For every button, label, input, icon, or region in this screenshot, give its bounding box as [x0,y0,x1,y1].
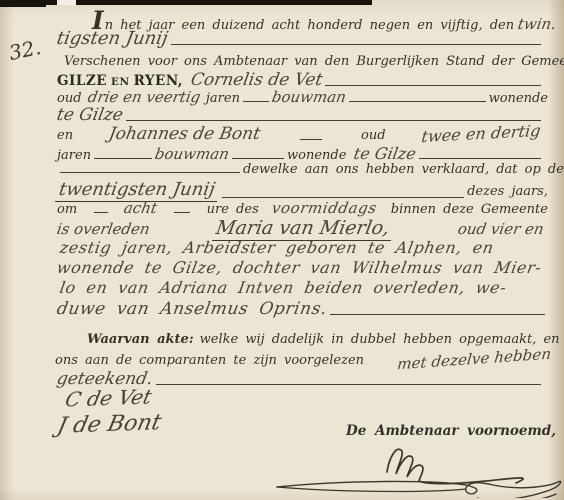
line-declarant1-residence: te Gilze [57,105,544,125]
line-deceased-details2: wonende te Gilze, dochter van Wilhelmus … [57,258,548,277]
line-death-time: om acht ure des voormiddags binnen deze … [57,199,548,217]
municipality-name-1: GILZE [57,73,107,89]
declarant2-occupation: bouwman [153,145,230,163]
book-top-edge [0,0,372,5]
line-closing2: ons aan de comparanten te zijn voorgelez… [55,350,550,368]
line-date-continued: tigsten Junij [57,28,544,49]
deceased-age-occupation-birthplace: zestig jaren, Arbeidster geboren te Alph… [58,238,495,257]
line-declarant2-details: jaren bouwman wonende te Gilze [57,144,544,163]
printed-waarvan-akte: Waarvan akte: [87,332,194,347]
printed-declaration-text: dewelke aan ons hebben verklaard, dat op… [243,162,564,177]
line-municipality-declarant: GILZE EN RYEN, Cornelis de Vet [57,70,544,90]
signature-declarant1: C de Vet [63,385,154,412]
declarant2-name: Johannes de Bont [108,124,263,144]
municipality-name-2: EN [111,76,130,88]
short-rule [94,158,152,159]
line-declarant1-details: oud drie en veertig jaren bouwman wonend… [57,88,548,106]
official-signature-monogram [387,449,523,483]
death-hour: acht [123,199,159,217]
blank-rule [330,314,545,315]
deceased-mother: lo en van Adriana Intven beiden overlede… [58,278,508,297]
printed-ure-des: ure des [207,202,259,217]
line-closing1: Waarvan akte: welke wij dadelijk in dubb… [87,332,548,347]
line-declarant2: en Johannes de Bont oud twee en dertig [57,124,540,144]
declarant2-age: twee en dertig [420,121,541,146]
book-top-edge-notch [57,0,76,5]
line-deceased-details3: lo en van Adriana Intven beiden overlede… [60,278,548,297]
printed-dezes-jaars: dezes jaars, [467,184,548,199]
declarant1-age: drie en veertig [86,88,202,106]
death-daypart: voormiddags [271,199,379,217]
declarant1-name: Cornelis de Vet [189,70,324,90]
handwritten-is-overleden: is overleden [55,220,151,238]
printed-appeared-text: Verschenen voor ons Ambtenaar van den Bu… [64,54,564,69]
deceased-widow-of: duwe van Anselmus Oprins. [55,299,329,319]
line-deceased-details4: duwe van Anselmus Oprins. [57,299,548,319]
blank-rule [419,158,541,159]
blank-rule [222,197,465,198]
printed-jaren: jaren [206,91,240,106]
line-declaration: dewelke aan ons hebben verklaard, dat op… [57,162,548,177]
declarant1-residence: te Gilze [55,105,124,125]
leading-rule [60,172,240,173]
book-top-edge-left [0,0,46,7]
short-rule [300,139,322,140]
printed-jaren: jaren [57,148,91,163]
blank-rule [126,120,541,121]
short-rule [232,158,284,159]
printed-om: om [57,202,77,217]
printed-closing-text2: ons aan de comparanten te zijn voorgelez… [55,353,364,368]
municipality-name-3: RYEN, [134,73,183,89]
short-rule [243,101,269,102]
handwritten-day-part2: tigsten Junij [55,28,169,49]
record-number: 32. [7,35,43,65]
deceased-age-part1: oud vier en [457,220,546,238]
line-appeared-before: Verschenen voor ons Ambtenaar van den Bu… [64,54,548,69]
declarant1-occupation: bouwman [270,88,347,106]
line-deceased-details1: zestig jaren, Arbeidster geboren te Alph… [60,238,530,257]
death-certificate-page: 32. In het jaar een duizend acht honderd… [0,0,564,500]
printed-oud: oud [57,91,82,106]
printed-wonende: wonende [287,148,346,163]
blank-rule [349,101,486,102]
blank-rule [156,384,542,385]
blank-rule [171,44,541,45]
printed-binnen-gemeente: binnen deze Gemeente [391,202,548,217]
printed-wonende: wonende [489,91,548,106]
short-rule [94,212,108,213]
printed-closing-text1: welke wij dadelijk in dubbel hebben opge… [200,332,564,347]
blank-rule [325,85,541,86]
printed-en: en [57,128,73,143]
official-signature [250,430,564,498]
printed-oud: oud [361,128,386,143]
official-signature-flourish-lower [277,487,466,491]
signature-declarant2: J de Bont [55,410,164,439]
short-rule [174,212,190,213]
declarant2-residence: te Gilze [353,144,418,163]
deceased-residence-father: wonende te Gilze, dochter van Wilhelmus … [55,258,543,277]
